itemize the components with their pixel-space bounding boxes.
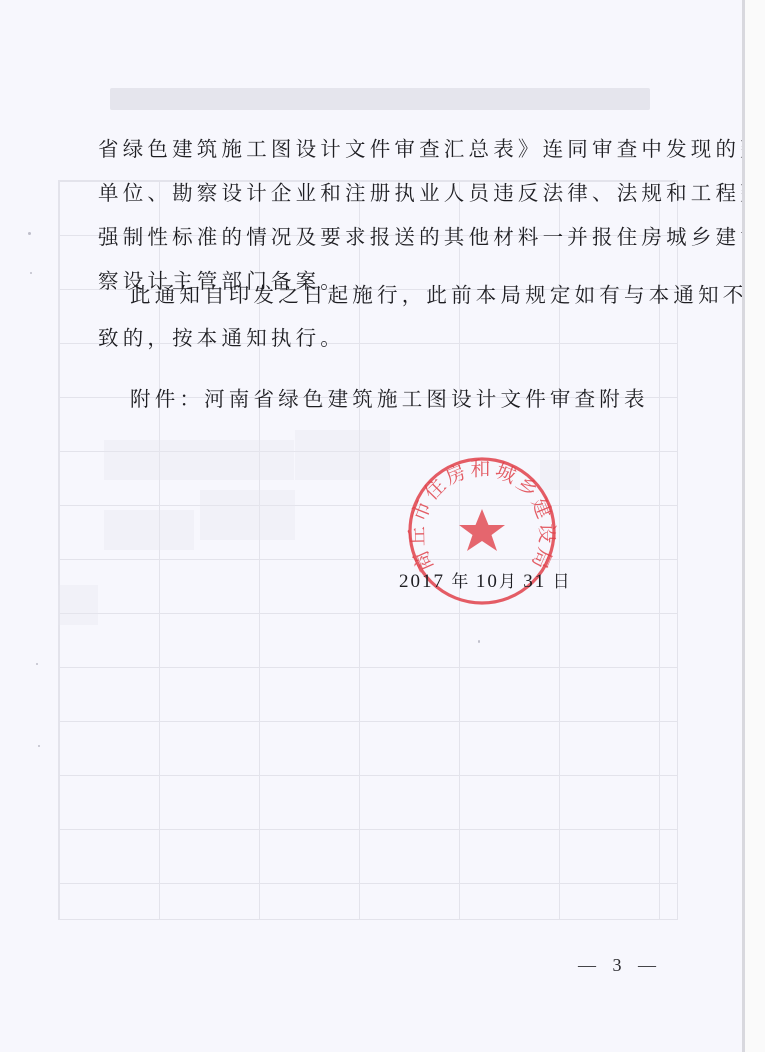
date-year: 2017: [399, 571, 445, 592]
bleed-shade: [58, 585, 98, 625]
body-text-line: 单位、勘察设计企业和注册执业人员违反法律、法规和工程建设: [98, 183, 745, 204]
date-month-label: 月: [499, 572, 517, 592]
body-text-line: 此通知自印发之日起施行，此前本局规定如有与本通知不一: [130, 285, 745, 306]
svg-text:商丘市住房和城乡建设局: 商丘市住房和城乡建设局: [405, 457, 559, 576]
date-month: 10: [476, 571, 499, 592]
date-day-label: 日: [553, 572, 571, 592]
scan-speck: [36, 663, 38, 665]
scan-speck: [478, 640, 480, 643]
scan-speck: [38, 745, 40, 747]
body-text-line: 致的，按本通知执行。: [98, 328, 345, 349]
document-page: 省绿色建筑施工图设计文件审查汇总表》连同审查中发现的建设 单位、勘察设计企业和注…: [0, 0, 745, 1052]
seal-text: 商丘市住房和城乡建设局: [405, 457, 559, 576]
attachment-note: 附件：河南省绿色建筑施工图设计文件审查附表: [130, 389, 649, 410]
scan-speck: [427, 290, 429, 292]
bleed-title: [110, 88, 650, 110]
seal-star-icon: [459, 509, 505, 551]
bleed-shade: [104, 440, 294, 480]
body-text-line: 省绿色建筑施工图设计文件审查汇总表》连同审查中发现的建设: [98, 139, 745, 160]
scan-speck: [30, 272, 32, 274]
date-year-label: 年: [451, 572, 469, 592]
page-number: — 3 —: [578, 955, 662, 976]
bleed-shade: [200, 490, 295, 540]
bleed-shade: [295, 430, 390, 480]
bleed-shade: [540, 460, 580, 490]
bleed-shade: [104, 510, 194, 550]
date-day: 31: [523, 571, 546, 592]
body-text-line: 强制性标准的情况及要求报送的其他材料一并报住房城乡建设勘: [98, 227, 745, 248]
issue-date: 2017 年 10月 31 日: [399, 567, 571, 593]
scan-speck: [28, 232, 31, 235]
scan-margin: [745, 0, 765, 1052]
